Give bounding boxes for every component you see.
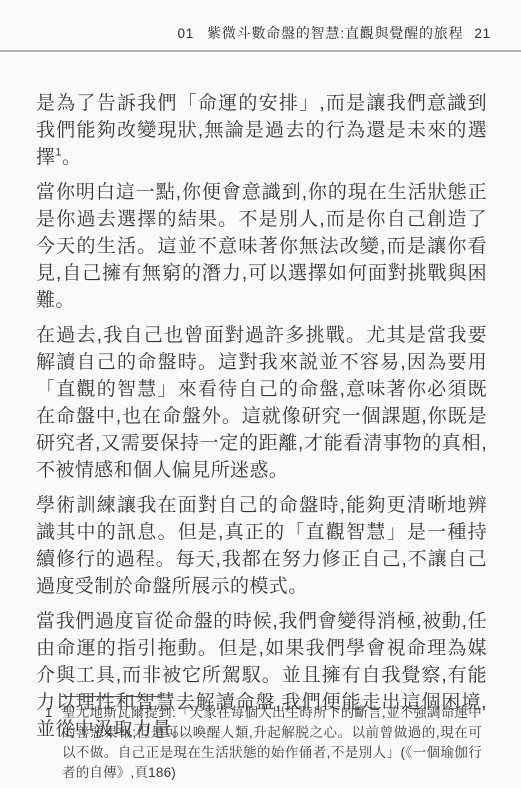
paragraph-1-tail: 。 bbox=[62, 147, 81, 168]
running-header: 01 紫微斗數命盤的智慧:直觀與覺醒的旅程 21 bbox=[177, 23, 491, 43]
paragraph-2: 當你明白這一點,你便會意識到,你的現在生活狀態正是你過去選擇的結果。不是別人,而… bbox=[36, 179, 487, 314]
chapter-number: 01 bbox=[177, 26, 194, 41]
footnote: 1 聖尤地斯瓦爾提到:「天象在每個人出生時所下的斷言,並不強調命運中的善惡果報;… bbox=[45, 703, 482, 783]
footnote-separator-rule bbox=[61, 696, 160, 697]
chapter-title: 紫微斗數命盤的智慧:直觀與覺醒的旅程 bbox=[207, 23, 463, 43]
header-rule bbox=[0, 50, 521, 52]
footnote-text: 聖尤地斯瓦爾提到:「天象在每個人出生時所下的斷言,並不強調命運中的善惡果報;但是… bbox=[62, 703, 482, 783]
paragraph-1-text: 是為了告訴我們「命運的安排」,而是讓我們意識到我們能夠改變現狀,無論是過去的行為… bbox=[36, 93, 487, 168]
footnote-marker: 1 bbox=[45, 703, 62, 723]
paragraph-1: 是為了告訴我們「命運的安排」,而是讓我們意識到我們能夠改變現狀,無論是過去的行為… bbox=[36, 90, 487, 171]
paragraph-4: 學術訓練讓我在面對自己的命盤時,能夠更清晰地辨識其中的訊息。但是,真正的「直觀智… bbox=[36, 492, 487, 600]
book-page: 01 紫微斗數命盤的智慧:直觀與覺醒的旅程 21 是為了告訴我們「命運的安排」,… bbox=[0, 0, 521, 788]
page-number: 21 bbox=[474, 26, 491, 41]
paragraph-3: 在過去,我自己也曾面對過許多挑戰。尤其是當我要解讀自己的命盤時。這對我來説並不容… bbox=[36, 322, 487, 484]
body-text: 是為了告訴我們「命運的安排」,而是讓我們意識到我們能夠改變現狀,無論是過去的行為… bbox=[36, 90, 487, 743]
